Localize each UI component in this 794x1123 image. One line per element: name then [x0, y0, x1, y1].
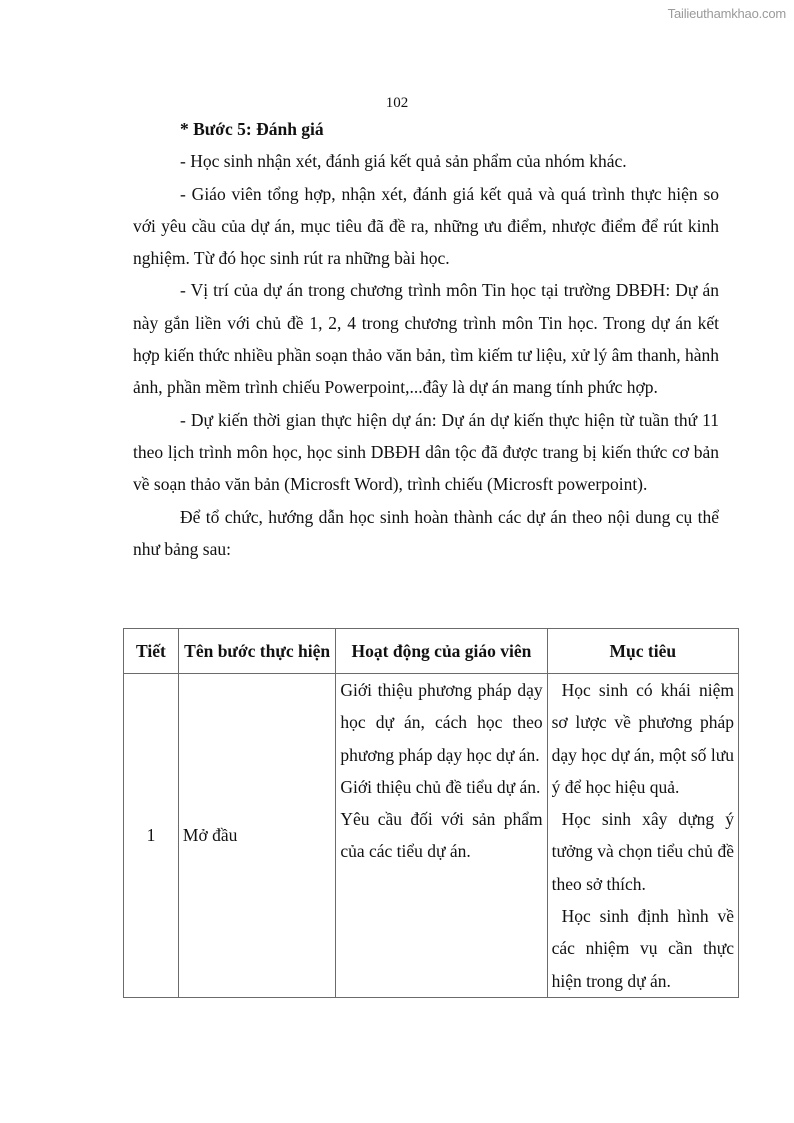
step-cell: Mở đầu: [178, 674, 335, 998]
header-period: Tiết: [124, 629, 179, 674]
period-cell: 1: [124, 674, 179, 998]
paragraph: - Giáo viên tổng hợp, nhận xét, đánh giá…: [133, 178, 719, 275]
header-step: Tên bước thực hiện: [178, 629, 335, 674]
table-row: 1 Mở đầu Giới thiệu phương pháp dạy học …: [124, 674, 739, 998]
teacher-activity-item: Giới thiệu chủ đề tiểu dự án.: [340, 771, 542, 803]
paragraph: Để tổ chức, hướng dẫn học sinh hoàn thàn…: [133, 501, 719, 566]
watermark: Tailieuthamkhao.com: [668, 6, 786, 21]
objective-cell: Học sinh có khái niệm sơ lược về phương …: [547, 674, 738, 998]
objective-item: Học sinh có khái niệm sơ lược về phương …: [552, 674, 734, 803]
objective-item: Học sinh xây dựng ý tưởng và chọn tiểu c…: [552, 803, 734, 900]
paragraph: - Vị trí của dự án trong chương trình mô…: [133, 274, 719, 403]
header-objective: Mục tiêu: [547, 629, 738, 674]
project-plan-table: Tiết Tên bước thực hiện Hoạt động của gi…: [123, 628, 739, 998]
teacher-activity-item: Giới thiệu phương pháp dạy học dự án, cá…: [340, 674, 542, 771]
document-body: * Bước 5: Đánh giá - Học sinh nhận xét, …: [133, 113, 719, 565]
paragraph: - Dự kiến thời gian thực hiện dự án: Dự …: [133, 404, 719, 501]
teacher-activity-cell: Giới thiệu phương pháp dạy học dự án, cá…: [336, 674, 547, 998]
teacher-activity-item: Yêu cầu đối với sản phẩm của các tiểu dự…: [340, 803, 542, 868]
page-number: 102: [0, 95, 794, 112]
table-header-row: Tiết Tên bước thực hiện Hoạt động của gi…: [124, 629, 739, 674]
header-teacher-activity: Hoạt động của giáo viên: [336, 629, 547, 674]
objective-item: Học sinh định hình về các nhiệm vụ cần t…: [552, 900, 734, 997]
section-heading: * Bước 5: Đánh giá: [133, 113, 719, 145]
paragraph: - Học sinh nhận xét, đánh giá kết quả sả…: [133, 145, 719, 177]
